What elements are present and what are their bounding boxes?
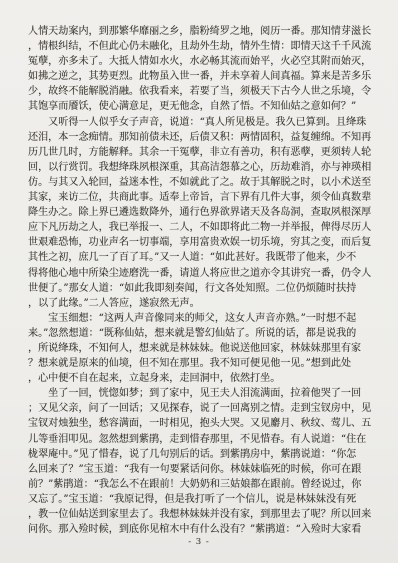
text-line: 世艰难恐怖，功业声名一切事端，享用富贵欢娱一切乐境，穷其之变，而后复 — [28, 235, 374, 250]
scanned-book-page: 人情天劫案内，到那繁华靡丽之乡，脂粉绮罗之地，阅历一番。那知情芽滋长，情根纠结，… — [0, 0, 398, 563]
text-line: 仿。与其又入轮回，益迷本性，不如就此了之。故于其解脱之时，以小术送至 — [28, 175, 374, 190]
body-text: 人情天劫案内，到那繁华靡丽之乡，脂粉绮罗之地，阅历一番。那知情芽滋长，情根纠结，… — [28, 24, 374, 537]
text-line: 又忘了。”宝玉道：“我原记得，但是我打听了一个信儿，说是林妹妹没有死 — [28, 492, 374, 507]
text-line: 如拂之逆之，其势更烈。此物虽入世一番，并未享着人间真福。算来是苦多乐 — [28, 69, 374, 84]
text-line: ，所说绛珠，不知何人，想来就是林妹妹。他说送他回家，林妹妹那里有家 — [28, 341, 374, 356]
text-line: 宝钗对烛独坐，愁容满面，一时相见，抱头大哭。又见麝月、秋纹、莺儿、五 — [28, 416, 374, 431]
text-line: 其饱享而餍饫，使心满意足，更无他念，自然了悟。不知仙姑之意如何？” — [28, 99, 374, 114]
page-number: - 3 - — [0, 537, 398, 547]
text-line: ，情根纠结，不但此心仍未融化，且劫外生劫，情外生情：即情天这千千风流 — [28, 39, 374, 54]
text-line: ，心中便不自在起来，立起身来，走回洞中，依然打坐。 — [28, 371, 374, 386]
text-line: 其性之初，庶几一了百了耳。”又一人道：“如此甚好。我既带了他来，少不 — [28, 250, 374, 265]
text-line: 又听得一人似乎女子声音，说道：“真人所见极是。我久已算到。且绛珠 — [28, 115, 374, 130]
text-line: 来。”忽然想道：“既称仙姑，想来就是警幻仙姑了。所说的话，都是说我的 — [28, 326, 374, 341]
text-line: 世便了。”那女人道：“如此我即刻奏闻，行文各处知照。二位仍烦随时扶持 — [28, 281, 374, 296]
text-line: 儿等垂泪叩见。忽然想到紫鹃，走到惜春那里，不见惜春。有人说道：“住在 — [28, 432, 374, 447]
text-line: ；又见父亲，问了一回话；又见探春，说了一回离别之情。走到宝钗房中，见 — [28, 401, 374, 416]
text-line: 么回来了？”宝玉道：“我有一句要紧话问你。林妹妹临死的时候，你可在跟 — [28, 462, 374, 477]
text-line: 降生办之。除上界已遴选数降外，通行色界欲界诸天及各岛洞，查取夙根深厚 — [28, 205, 374, 220]
text-line: 坐了一回，恍惚如梦；到了家中，见王夫人泪流满面，拉着他哭了一回 — [28, 386, 374, 401]
text-line: 还泪，本一念痴情。那知前债未还，后债又积：两情固积，益复缠绵。不知再 — [28, 130, 374, 145]
text-line: ？想来就是原来的仙境，但不知在那里。我不知可便见他一见。”想到此处 — [28, 356, 374, 371]
text-line: 宝玉细想：“这两人声音像同来的师父，这女人声音亦熟。”一时想不起 — [28, 311, 374, 326]
text-line: ，以了此缘。”二人答应，遂寂然无声。 — [28, 296, 374, 311]
text-line: 少，故终不能解脱消融。依我看来，若要了当，须极天下古今人世之乐境，令 — [28, 84, 374, 99]
text-line: 问你。那入殓时候，到底你见棺木中有什么没有？”紫鹃道：“入殓时大家看 — [28, 522, 374, 537]
text-line: 前？”紫鹃道：“我怎么不在跟前！大奶奶和三姑娘都在跟前。曾经说过，你 — [28, 477, 374, 492]
text-line: 其家，来访二位，共商此事。适奉上帝旨，言下界有几件大事，须令仙真数辈 — [28, 190, 374, 205]
text-line: 栊翠庵中。”见了惜春，说了几句别后的话。到紫鹃房中，紫鹃说道：“你怎 — [28, 447, 374, 462]
text-line: 应下凡历劫之人，我已举报一、二人，不如即将此二物一并举报，俾得尽历人 — [28, 220, 374, 235]
text-line: 回，以行赏罚。我想绛珠夙根深重，其高洁怨慕之心，历劫难消，亦与神瑛相 — [28, 160, 374, 175]
text-line: 得将他心地中所染尘迹磨洗一番，请道人将应世之道亦令其讲究一番，仍令人 — [28, 266, 374, 281]
text-line: 冤孽，亦多未了。大抵人情如水火，水必畅其流而始平，火必空其附而始灭， — [28, 54, 374, 69]
text-line: 历几世几时，方能解释。其余一干冤孽，非立有善功，积有恶孽，更须转人轮 — [28, 145, 374, 160]
text-line: 人情天劫案内，到那繁华靡丽之乡，脂粉绮罗之地，阅历一番。那知情芽滋长 — [28, 24, 374, 39]
text-line: ，教一位仙姑送到家里去了。我想林妹妹并没有家，到那里去了呢？所以回来 — [28, 507, 374, 522]
